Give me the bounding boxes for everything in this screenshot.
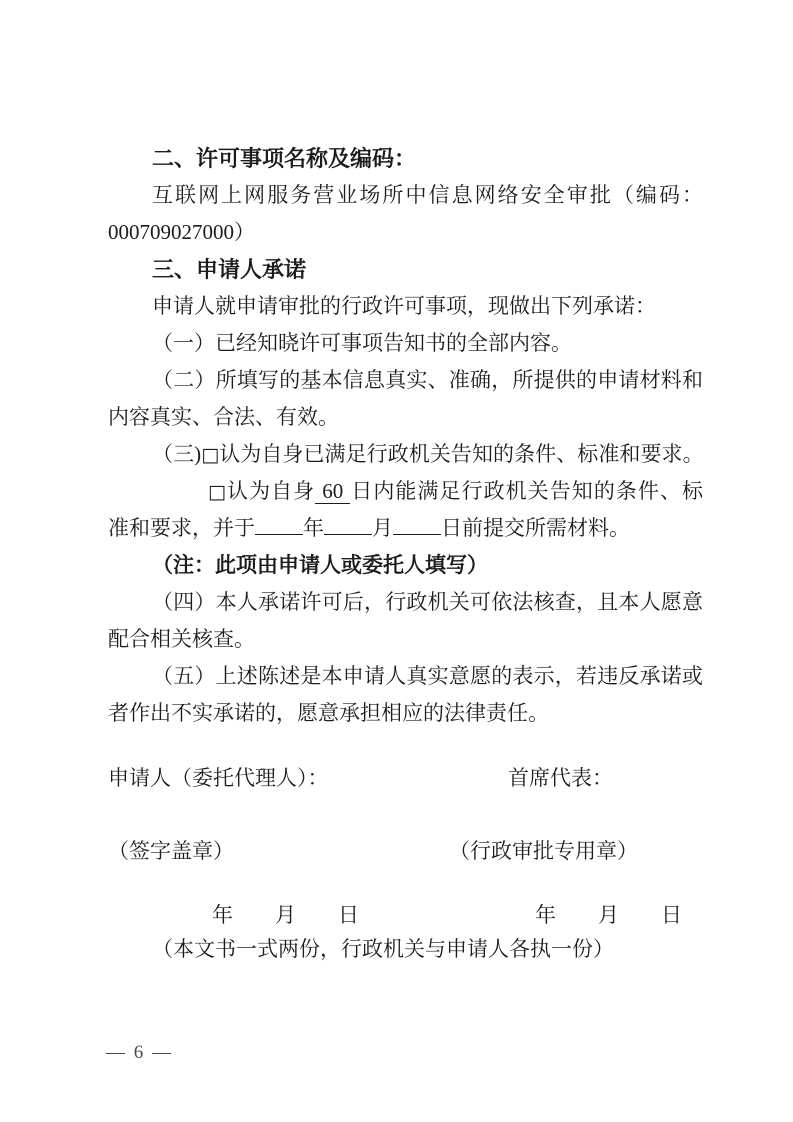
- section3-heading: 三、申请人承诺: [108, 251, 703, 288]
- section2-heading: 二、许可事项名称及编码：: [108, 140, 703, 177]
- license-code-line: 000709027000）: [108, 214, 703, 251]
- blank-year-field: [255, 534, 303, 535]
- copies-note-row: （本文书一式两份，行政机关与申请人各执一份）: [108, 936, 703, 964]
- commitment-item-4-line-2: 配合相关核查。: [108, 621, 703, 658]
- commitment-item-2-line-2: 内容真实、合法、有效。: [108, 399, 703, 436]
- license-name-line: 互联网上网服务营业场所中信息网络安全审批（编码：: [108, 177, 703, 214]
- commitment-item-5-line-1: （五）上述陈述是本申请人真实意愿的表示，若违反承诺或: [108, 658, 703, 695]
- blank-day-field: [393, 534, 441, 535]
- checkbox-icon: □: [208, 481, 227, 503]
- commitment-intro: 申请人就申请审批的行政许可事项，现做出下列承诺：: [108, 288, 703, 325]
- item-3-option-1-text: 认为自身已满足行政机关告知的条件、标准和要求。: [219, 442, 703, 466]
- commitment-item-3-option-2-line-2: 准和要求，并于年月日前提交所需材料。: [108, 510, 703, 547]
- checkbox-icon: □: [201, 444, 220, 466]
- document-page: 二、许可事项名称及编码： 互联网上网服务营业场所中信息网络安全审批（编码： 00…: [0, 0, 793, 1122]
- document-body: 二、许可事项名称及编码： 互联网上网服务营业场所中信息网络安全审批（编码： 00…: [108, 140, 703, 732]
- date-row: 年 月 日 年 月 日: [108, 902, 703, 930]
- month-label: 月: [372, 516, 393, 540]
- commitment-item-5-line-2: 者作出不实承诺的，愿意承担相应的法律责任。: [108, 695, 703, 732]
- page-number: — 6 —: [106, 1042, 173, 1064]
- item-3-option-2-pre: 认为自身: [227, 479, 315, 503]
- applicant-label: 申请人（委托代理人）：: [108, 765, 329, 791]
- commitment-item-1: （一）已经知晓许可事项告知书的全部内容。: [108, 325, 703, 362]
- commitment-item-4-line-1: （四）本人承诺许可后，行政机关可依法核查，且本人愿意: [108, 584, 703, 621]
- approval-seal-label: （行政审批专用章）: [449, 838, 638, 864]
- signature-labels-row: 申请人（委托代理人）： 首席代表：: [108, 765, 703, 793]
- signature-seal-label: （签字盖章）: [108, 838, 234, 864]
- copies-note: （本文书一式两份，行政机关与申请人各执一份）: [152, 936, 614, 962]
- days-value: 60: [315, 480, 350, 504]
- chief-representative-label: 首席代表：: [508, 765, 613, 791]
- seal-labels-row: （签字盖章） （行政审批专用章）: [108, 838, 703, 866]
- commitment-item-3-option-2-line-1: □认为自身60日内能满足行政机关告知的条件、标: [108, 473, 703, 510]
- date-line-left: 年 月 日: [212, 902, 359, 928]
- date-line-right: 年 月 日: [535, 902, 682, 928]
- year-label: 年: [303, 516, 324, 540]
- blank-month-field: [324, 534, 372, 535]
- item-3-option-2-cont: 准和要求，并于: [108, 516, 255, 540]
- fill-in-note: （注：此项由申请人或委托人填写）: [108, 547, 703, 584]
- commitment-item-2-line-1: （二）所填写的基本信息真实、准确，所提供的申请材料和: [108, 362, 703, 399]
- item-3-option-2-post: 日内能满足行政机关告知的条件、标: [350, 479, 703, 503]
- commitment-item-3-option-1: （三)□认为自身已满足行政机关告知的条件、标准和要求。: [108, 436, 703, 473]
- item-3-marker: （三): [152, 442, 201, 466]
- day-suffix: 日前提交所需材料。: [441, 516, 630, 540]
